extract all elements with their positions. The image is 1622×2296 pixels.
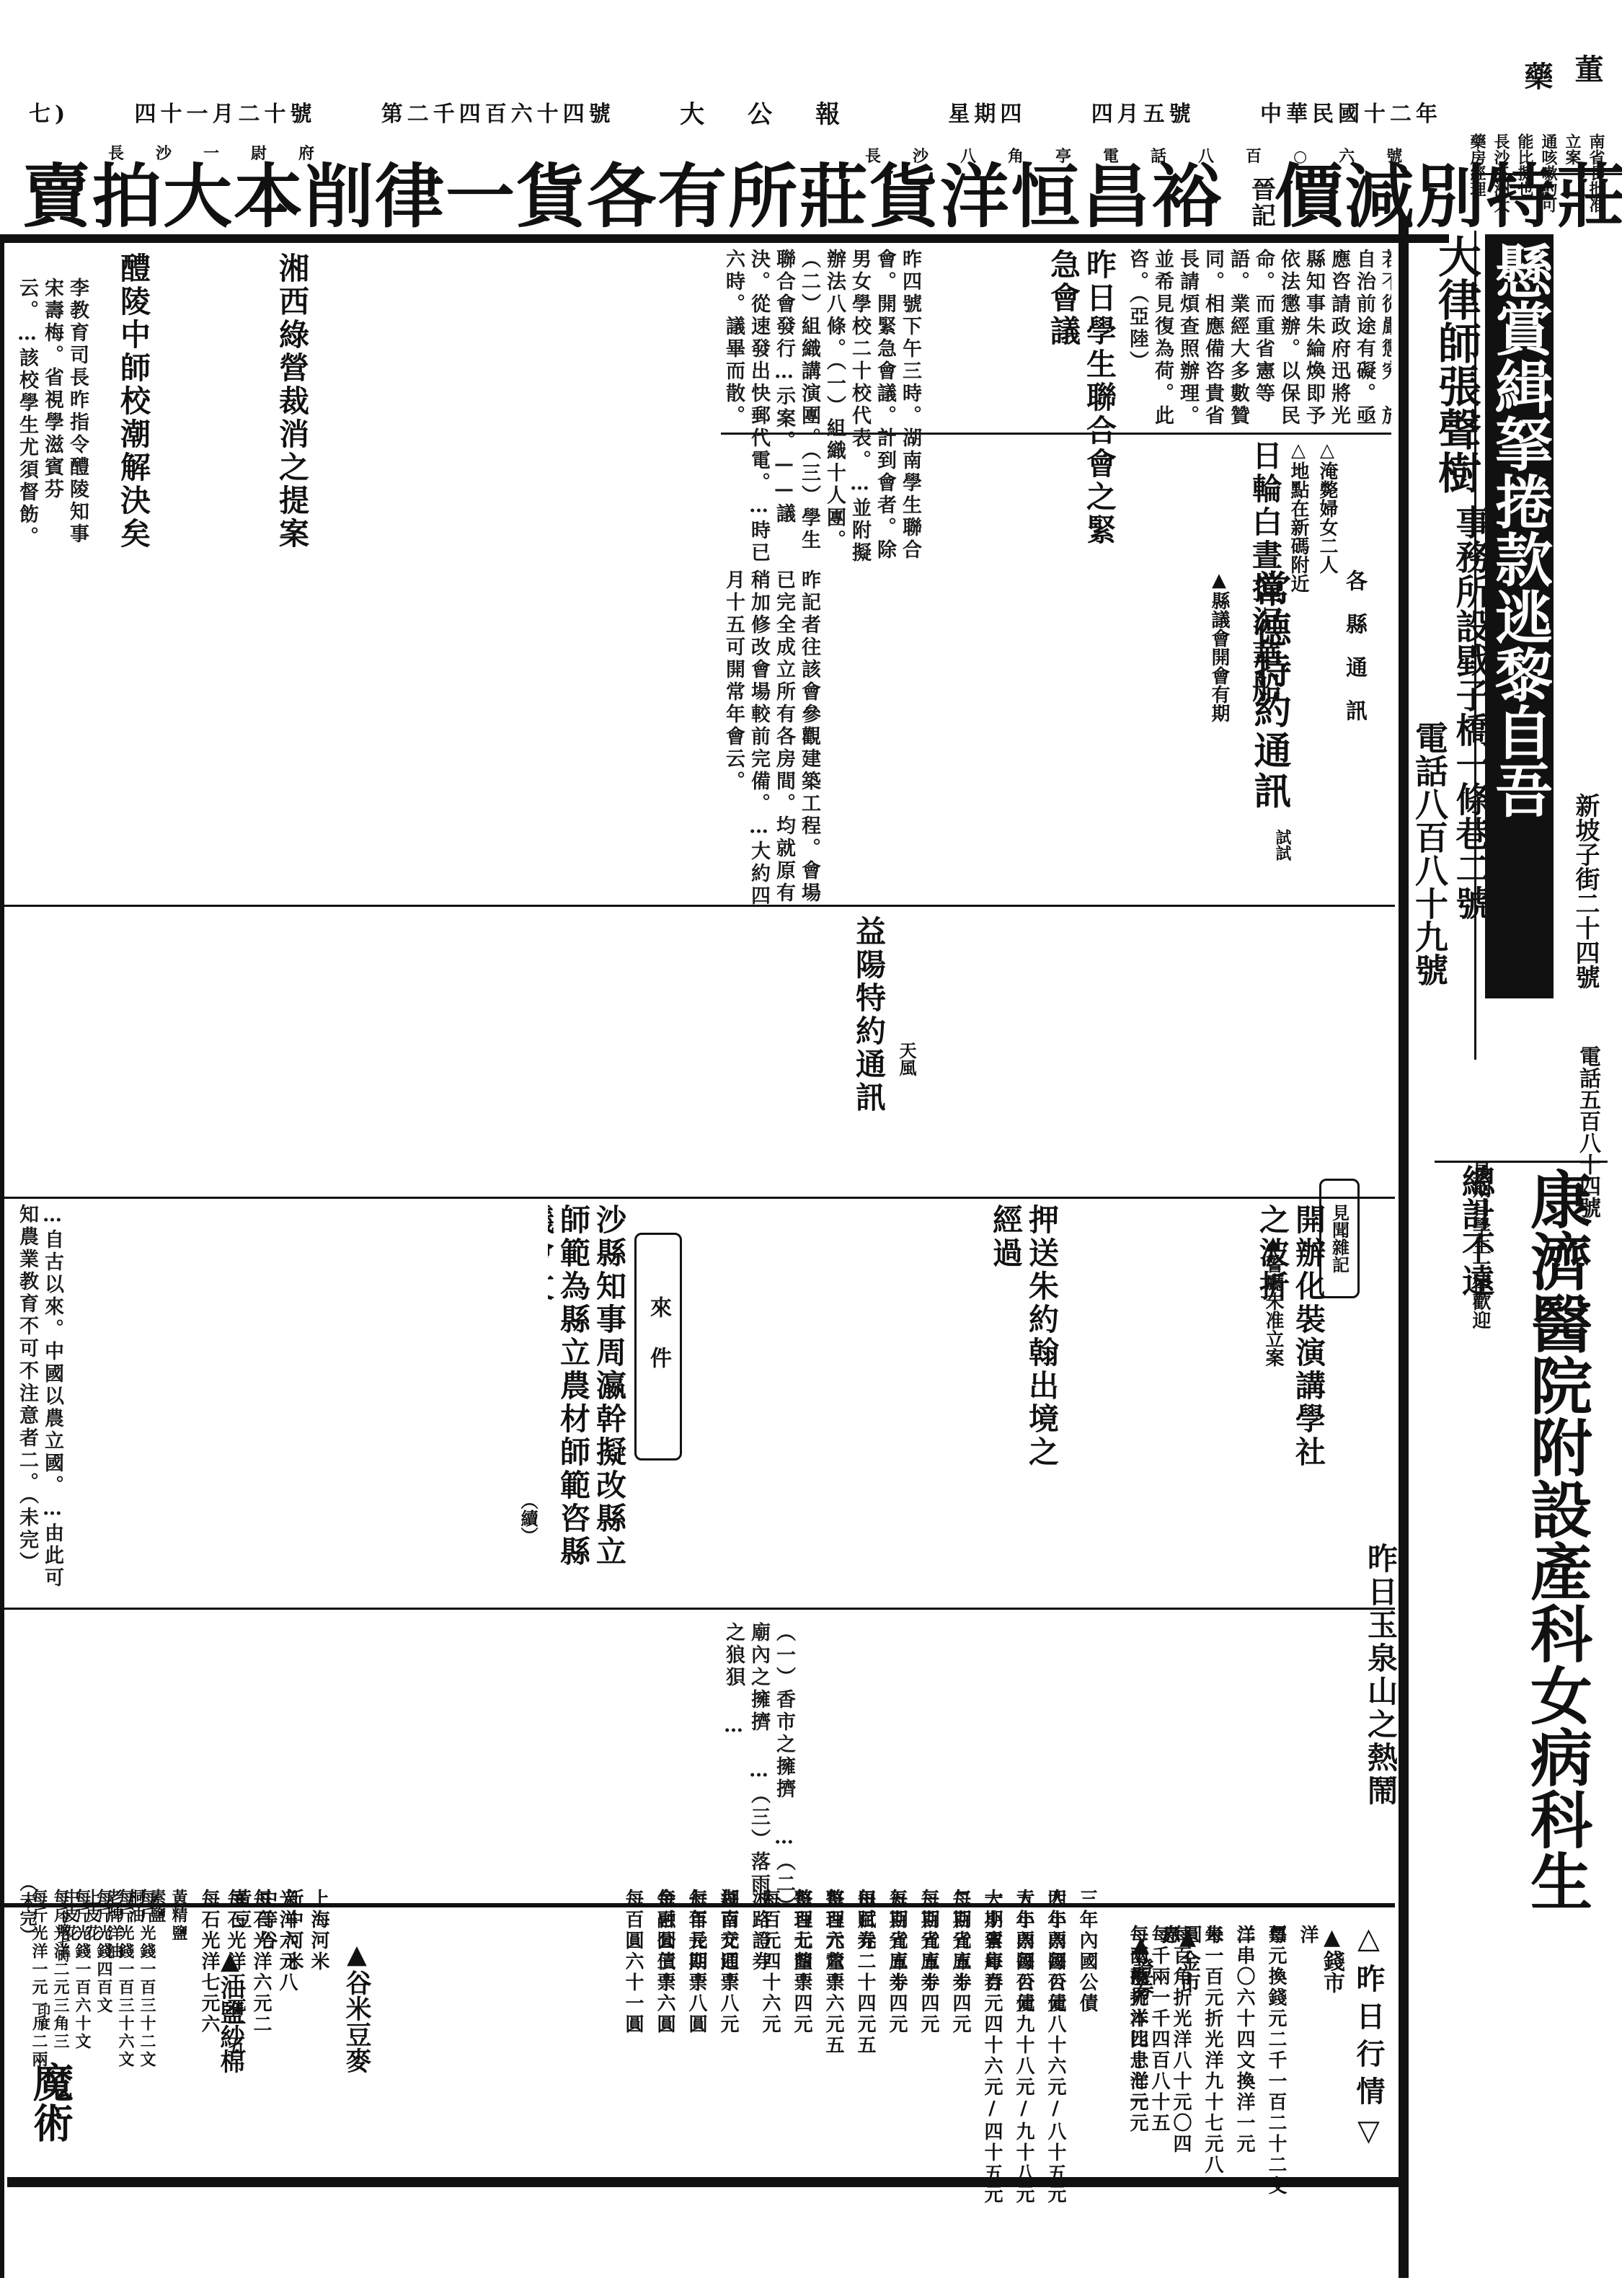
medicine-brand: 董 <box>1566 54 1608 83</box>
ad-rule <box>1478 173 1622 175</box>
masthead: 七) 四十一月二十號 第二千四百六十四號 大公報 星期四 四月五號 中華民國十二… <box>29 90 1442 133</box>
magic-show-ad: 今晚七時 印度 魔術 <box>14 1903 72 2206</box>
money-market-rows: 洋每元換錢元二千一百二十二文 票二串〇六十四文換洋一元 洋每一百元折光洋九十七元… <box>1197 1925 1324 2197</box>
headline-changde: 常德特約通訊 <box>1247 569 1290 812</box>
reward-notice-title-box: 懸賞緝拏捲款逃黎自吾 <box>1485 234 1554 998</box>
price-row: 洋每元換錢元二千一百二十二文 <box>1292 1925 1324 2197</box>
headline-yiyang: 益陽特約通訊 <box>851 916 887 1114</box>
price-row: 赤每兩換光洋四十七元 <box>1153 1925 1185 2113</box>
medicine-ad: 董 藥 南省長批准 立案 通咳嗽約可 能比擬也 長沙五洲大 藥房經理 <box>1463 54 1608 177</box>
market-title: △昨日行情▽ <box>1348 1921 1391 2209</box>
banner-rule <box>0 234 1449 243</box>
headline-xiangxi: 湘西綠營裁消之提案 <box>274 252 310 551</box>
section-securities: ▲證券 <box>1125 1932 1156 2000</box>
article-yuquan: 昨日玉泉山之熱鬧 （一）香市之擁擠 …（二）廟內之擁擠 …（三）落雨之狼狽 … <box>721 1543 1399 1903</box>
article-deportation: 押送朱約翰出境之經過 <box>721 1204 1060 1471</box>
byline-changde: 試試 <box>1272 829 1294 861</box>
oil-salt-rows: 黃精鹽每斤光錢一百三十二文 素鹽每斤光錢一百三十六文 桐油每斤光錢四百文 老牌洋… <box>65 1889 195 2069</box>
page-number: 七) <box>29 96 69 128</box>
weekday: 星期四 <box>948 96 1026 128</box>
byline-yiyang: 天風 <box>894 1042 919 1076</box>
date-lunar: 四月五號 <box>1091 96 1195 128</box>
article-lecture-society: 開辦化裝演講學社之波折 ▲警廳未准立案 <box>1067 1204 1326 1471</box>
date-western: 四十一月二十號 <box>135 96 316 128</box>
continued-note: （續） <box>515 1492 541 1544</box>
article-yiyang: 益陽特約通訊 天風 <box>14 912 1391 1128</box>
hospital-ad-sub: 總計不遠 <box>1453 1164 1500 1297</box>
hospital-ad-title: 康濟醫院附設產科女病科生 <box>1521 1168 1590 1912</box>
row-rule-3 <box>0 1197 1395 1199</box>
lawyer-name: 大律師張聲樹 <box>1435 234 1478 494</box>
hospital-rule <box>1435 1161 1608 1163</box>
headline-agri-school: 沙縣知事周瀛幹擬改縣立師範為縣立農材師範咨縣議會文 <box>548 1204 627 1579</box>
side-address: 新坡子街二十四號 <box>1568 793 1603 989</box>
magic-show-title: 魔術 <box>22 2062 79 2142</box>
row-rule-2 <box>0 905 1395 907</box>
article-student-union: 昨日學生聯合會之緊急會議 昨四號下午三時。湖南學生聯合會。開緊急會議。計到會者。… <box>721 249 1117 566</box>
section-correspondence-box: 來件 <box>634 1233 682 1461</box>
paper-name: 大公報 <box>680 94 883 130</box>
article-changde: 各縣通訊 常德特約通訊 試試 ▲縣議會開會有期 昨記者往該會參觀建築工程。會場已… <box>721 569 1399 908</box>
main-column-divider <box>1399 216 1409 2278</box>
article-guangxian-verdict: …該縣知事朱綸煥對於該縣秘密賣淫人犯吳徐氏。張石氏。劉子照等就地處決。竟呈政府不… <box>1125 249 1391 443</box>
left-border <box>0 238 4 2278</box>
securities-rows: 三年內國公債大小票每百元八十六元/八十五元 四年內國公債大小票每百元九十八元/九… <box>786 1889 1103 2205</box>
article-xiangxi: 湘西綠營裁消之提案 醴陵中師校潮解決矣 李教育司長昨指令醴陵知事宋壽梅。省視學滋… <box>14 249 714 566</box>
medicine-product: 藥 <box>1516 61 1557 90</box>
year-roc: 中華民國十二年 <box>1260 96 1442 128</box>
bottom-rule <box>7 2177 1402 2187</box>
section-oil-salt: ▲油鹽紗棉 <box>213 1946 248 2073</box>
issue-number: 第二千四百六十四號 <box>381 96 615 128</box>
article-agri-school: 沙縣知事周瀛幹擬改縣立師範為縣立農材師範咨縣議會文 （續） …自古以來。中國以農… <box>14 1204 627 1608</box>
headline-yuquan: 昨日玉泉山之熱鬧 <box>1362 1543 1399 1808</box>
reward-notice-title: 懸賞緝拏捲款逃黎自吾 <box>1487 241 1552 998</box>
section-county-news: 各縣通訊 <box>1338 569 1370 743</box>
headline-deportation: 押送朱約翰出境之經過 <box>988 1204 1060 1471</box>
section-grain: ▲谷米豆麥 <box>339 1939 376 2073</box>
lawyer-phone: 電話八百八十九號 <box>1406 721 1453 986</box>
subhead-drowned: △淹斃婦女二人 <box>1314 440 1341 574</box>
subhead-police: ▲警廳未准立案 <box>1260 1233 1287 1367</box>
